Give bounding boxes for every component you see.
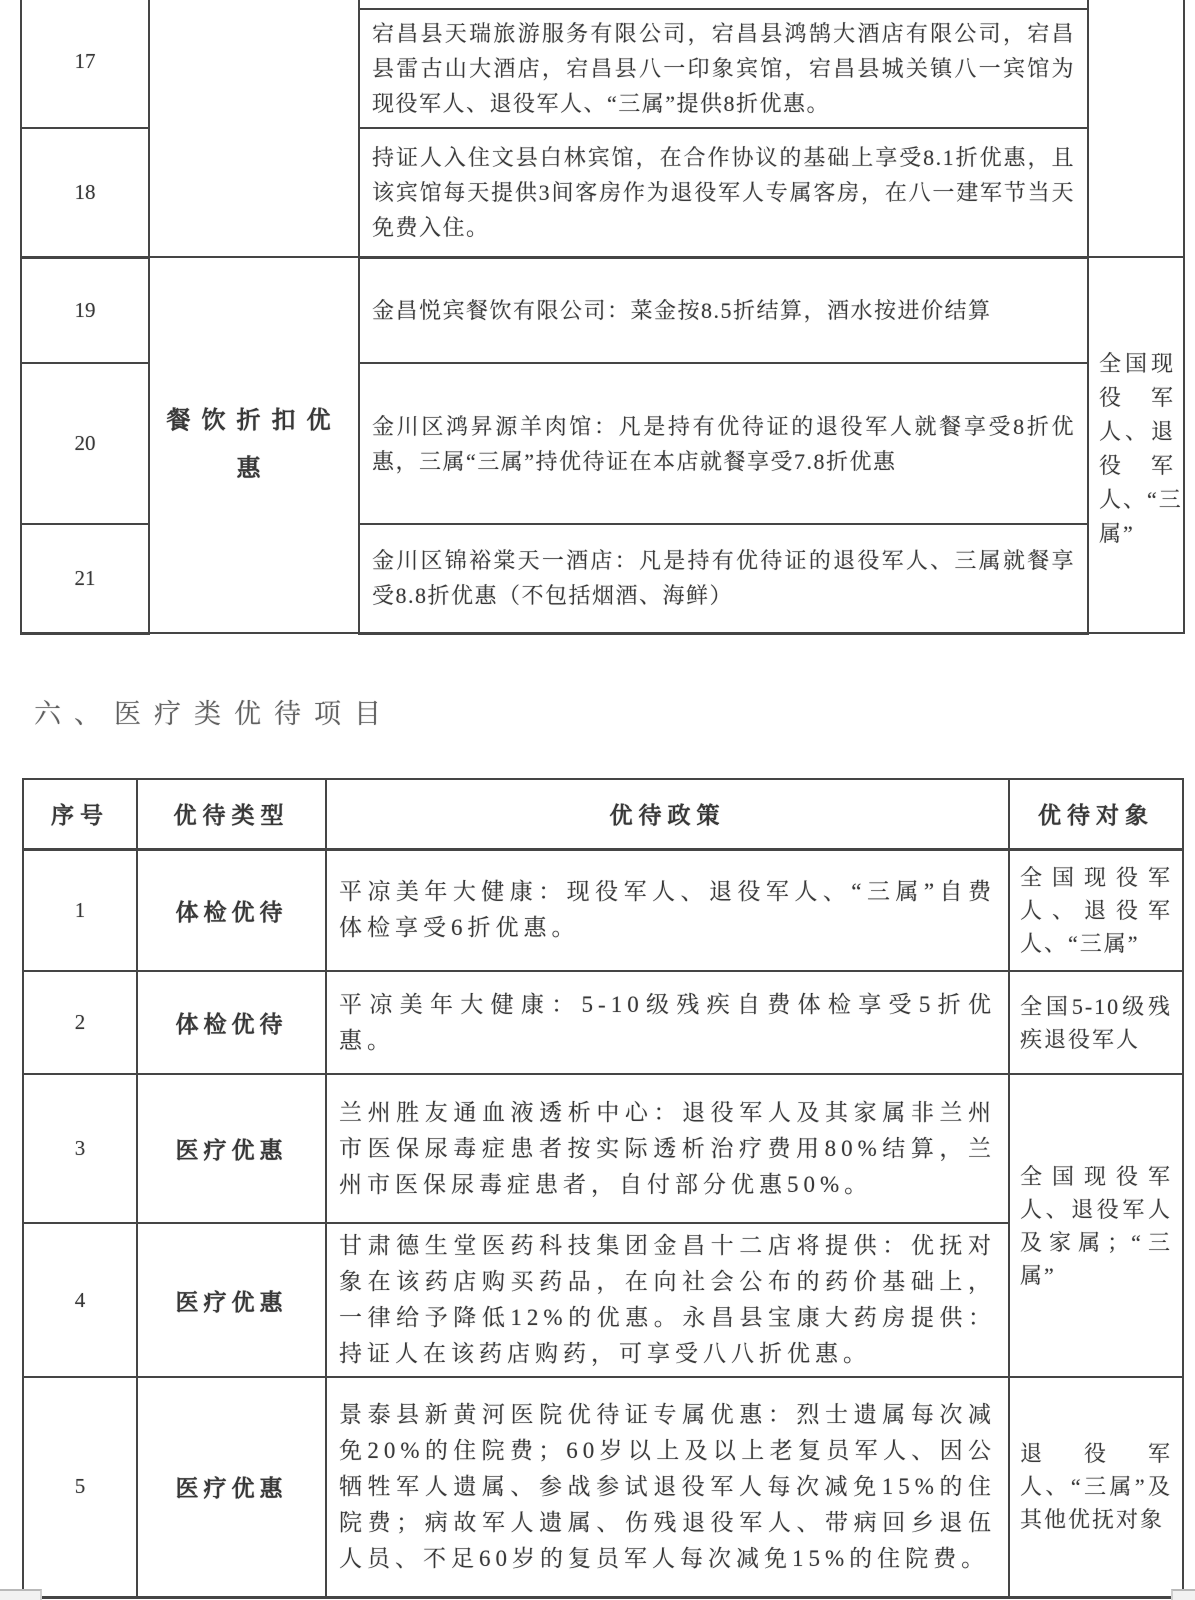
beneficiary-cell: 全国5-10级残疾退役军人 <box>1009 971 1183 1074</box>
header-serial: 序号 <box>23 779 137 849</box>
table-row: 5 医疗优惠 景泰县新黄河医院优待证专属优惠：烈士遗属每次减免20%的住院费；6… <box>23 1377 1183 1597</box>
policy-cell: 平凉美年大健康：5-10级残疾自费体检享受5折优惠。 <box>326 971 1009 1074</box>
policy-cell: 兰州胜友通血液透析中心：退役军人及其家属非兰州市医保尿毒症患者按实际透析治疗费用… <box>326 1074 1009 1223</box>
serial-number-cell: 2 <box>23 971 137 1074</box>
policy-cell: 景泰县新黄河医院优待证专属优惠：烈士遗属每次减免20%的住院费；60岁以上及以上… <box>326 1377 1009 1597</box>
next-page-corner-right <box>1171 1589 1195 1600</box>
beneficiary-cell: 全国现役军人、退役军人、“三属” <box>1088 257 1184 633</box>
dining-discount-table: 17 宕昌县天瑞旅游服务有限公司，宕昌县鸿鹄大酒店有限公司，宕昌县雷古山大酒店，… <box>20 0 1185 635</box>
next-page-corner-left <box>0 1589 42 1600</box>
policy-cell: 金昌悦宾餐饮有限公司：菜金按8.5折结算，酒水按进价结算 <box>359 257 1088 363</box>
header-target: 优待对象 <box>1009 779 1183 849</box>
beneficiary-cell: 全国现役军人、退役军人及家属；“三属” <box>1009 1074 1183 1377</box>
serial-number-cell: 20 <box>21 363 149 524</box>
type-cell: 医疗优惠 <box>137 1223 326 1377</box>
type-cell: 餐饮折扣优惠 <box>149 257 359 633</box>
type-cell: 体检优待 <box>137 971 326 1074</box>
table-row: 19 餐饮折扣优惠 金昌悦宾餐饮有限公司：菜金按8.5折结算，酒水按进价结算 全… <box>21 257 1184 363</box>
serial-number-cell: 17 <box>21 0 149 128</box>
table-row: 2 体检优待 平凉美年大健康：5-10级残疾自费体检享受5折优惠。 全国5-10… <box>23 971 1183 1074</box>
serial-number-cell: 3 <box>23 1074 137 1223</box>
type-cell: 体检优待 <box>137 849 326 971</box>
beneficiary-cell-previous-category <box>1088 0 1184 257</box>
type-cell: 医疗优惠 <box>137 1074 326 1223</box>
policy-cell: 平凉美年大健康：现役军人、退役军人、“三属”自费体检享受6折优惠。 <box>326 849 1009 971</box>
type-cell: 医疗优惠 <box>137 1377 326 1597</box>
policy-cell: 持证人入住文县白林宾馆，在合作协议的基础上享受8.1折优惠，且该宾馆每天提供3间… <box>359 128 1088 257</box>
beneficiary-cell: 退役军人、“三属”及其他优抚对象 <box>1009 1377 1183 1597</box>
section-heading: 六、医疗类优待项目 <box>34 692 394 731</box>
table-row: 3 医疗优惠 兰州胜友通血液透析中心：退役军人及其家属非兰州市医保尿毒症患者按实… <box>23 1074 1183 1223</box>
serial-number-cell: 4 <box>23 1223 137 1377</box>
table-row: 1 体检优待 平凉美年大健康：现役军人、退役军人、“三属”自费体检享受6折优惠。… <box>23 849 1183 971</box>
policy-cell: 金川区鸿昇源羊肉馆：凡是持有优待证的退役军人就餐享受8折优惠，三属“三属”持优待… <box>359 363 1088 524</box>
serial-number-cell: 18 <box>21 128 149 257</box>
table-row: 17 <box>21 0 1184 9</box>
serial-number-cell: 1 <box>23 849 137 971</box>
serial-number-cell: 21 <box>21 524 149 633</box>
policy-cell: 甘肃德生堂医药科技集团金昌十二店将提供：优抚对象在该药店购买药品，在向社会公布的… <box>326 1223 1009 1377</box>
serial-number-cell: 5 <box>23 1377 137 1597</box>
policy-cell: 宕昌县天瑞旅游服务有限公司，宕昌县鸿鹄大酒店有限公司，宕昌县雷古山大酒店，宕昌县… <box>359 9 1088 128</box>
beneficiary-cell: 全国现役军人、退役军人、“三属” <box>1009 849 1183 971</box>
header-type: 优待类型 <box>137 779 326 849</box>
header-policy: 优待政策 <box>326 779 1009 849</box>
serial-number-cell: 19 <box>21 257 149 363</box>
policy-cell: 金川区锦裕棠天一酒店：凡是持有优待证的退役军人、三属就餐享受8.8折优惠（不包括… <box>359 524 1088 633</box>
document-page: 17 宕昌县天瑞旅游服务有限公司，宕昌县鸿鹄大酒店有限公司，宕昌县雷古山大酒店，… <box>0 0 1195 1600</box>
table-header-row: 序号 优待类型 优待政策 优待对象 <box>23 779 1183 849</box>
medical-benefits-table: 序号 优待类型 优待政策 优待对象 1 体检优待 平凉美年大健康：现役军人、退役… <box>22 778 1184 1599</box>
cutoff-cell <box>359 0 1088 9</box>
type-cell-previous-category <box>149 0 359 257</box>
